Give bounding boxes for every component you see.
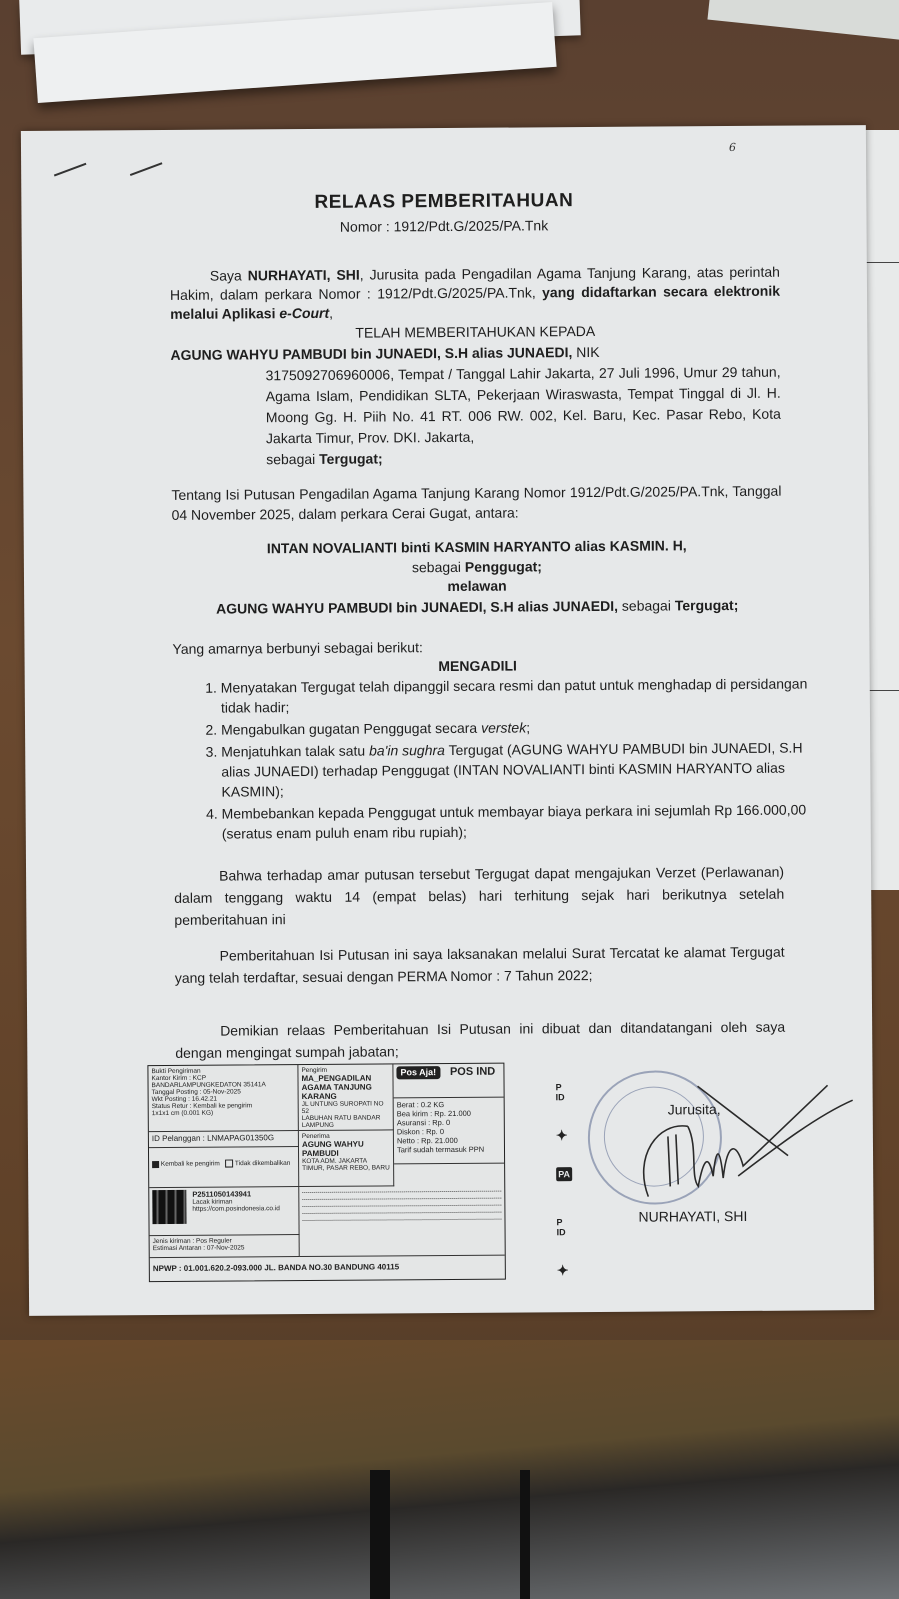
tentang-paragraph: Tentang Isi Putusan Pengadilan Agama Tan… — [171, 481, 781, 525]
receipt-npwp: NPWP : 01.001.620.2-093.000 JL. BANDA NO… — [150, 1256, 505, 1281]
receipt-barcode-block: P2511050143941 Lacak kiriman https://com… — [149, 1187, 299, 1236]
receipt-tariff: Berat : 0.2 KG Bea kirim : Rp. 21.000 As… — [394, 1098, 504, 1165]
recipient-name: AGUNG WAHYU PAMBUDI bin JUNAEDI, S.H ali… — [170, 344, 572, 363]
receipt-service-type: Jenis kiriman : Pos Reguler Estimasi Ant… — [150, 1235, 300, 1258]
pos-ind-icon: PID — [556, 1082, 565, 1102]
strap — [520, 1470, 530, 1599]
recipient-block: AGUNG WAHYU PAMBUDI bin JUNAEDI, S.H ali… — [170, 341, 781, 471]
melawan-label: melawan — [172, 575, 782, 598]
pos-aja-icon: PA — [556, 1167, 572, 1181]
postal-receipt: Bukti Pengiriman Kantor Kirim : KCP BAND… — [147, 1063, 506, 1282]
receipt-brand: Pos Aja! POS IND — [393, 1064, 503, 1099]
receipt-shipment-info: Bukti Pengiriman Kantor Kirim : KCP BAND… — [148, 1065, 298, 1132]
verdict-item: Mengabulkan gugatan Penggugat secara ver… — [221, 715, 811, 739]
checkbox-empty-icon — [225, 1160, 233, 1168]
defendant-line: AGUNG WAHYU PAMBUDI bin JUNAEDI, S.H ali… — [172, 596, 782, 619]
receipt-customer-id: ID Pelanggan : LNMAPAG01350G — [149, 1131, 299, 1148]
verdict-item: Menyatakan Tergugat telah dipanggil seca… — [221, 673, 811, 717]
case-number: Nomor : 1912/Pdt.G/2025/PA.Tnk — [22, 215, 867, 237]
pos-ind-logo: POS IND — [450, 1067, 495, 1077]
receipt-terms — [299, 1186, 504, 1257]
verzet-paragraph: Bahwa terhadap amar putusan tersebut Ter… — [174, 861, 784, 931]
pos-ind-icon: PID — [556, 1217, 565, 1237]
recipient-details: 3175092706960006, Tempat / Tanggal Lahir… — [171, 362, 782, 471]
strap — [370, 1470, 390, 1599]
pen-mark — [54, 163, 87, 177]
bird-logo-icon: ✦ — [557, 1262, 569, 1279]
background-paper — [707, 0, 899, 40]
receipt-return-options: Kembali ke pengirim Tidak dikembalikan — [149, 1147, 299, 1188]
pen-mark — [130, 162, 163, 176]
receipt-recipient: Penerima AGUNG WAHYU PAMBUDI KOTA ADM. J… — [299, 1130, 394, 1187]
bird-logo-icon: ✦ — [556, 1127, 568, 1144]
closing-paragraph: Demikian relaas Pemberitahuan Isi Putusa… — [175, 1016, 785, 1064]
document-page: 6 RELAAS PEMBERITAHUAN Nomor : 1912/Pdt.… — [21, 125, 874, 1316]
qr-code-icon — [152, 1190, 186, 1224]
page-mark: 6 — [729, 141, 736, 154]
desk-surface — [0, 1340, 899, 1599]
officer-name: NURHAYATI, SHI — [248, 267, 360, 284]
receipt-sender: Pengirim MA_PENGADILAN AGAMA TANJUNG KAR… — [298, 1064, 393, 1131]
verdict-item: Membebankan kepada Penggugat untuk memba… — [222, 799, 812, 843]
surat-paragraph: Pemberitahuan Isi Putusan ini saya laksa… — [175, 941, 785, 989]
signatory-name: NURHAYATI, SHI — [638, 1208, 747, 1225]
pos-aja-logo: Pos Aja! — [396, 1066, 440, 1079]
document-title: RELAAS PEMBERITAHUAN — [21, 188, 866, 216]
verdict-list: Menyatakan Tergugat telah dipanggil seca… — [193, 673, 812, 845]
intro-paragraph: Saya NURHAYATI, SHI, Jurusita pada Penga… — [170, 263, 780, 324]
checkbox-checked-icon — [152, 1161, 159, 1168]
signature-icon — [627, 1065, 858, 1207]
verdict-item: Menjatuhkan talak satu ba'in sughra Terg… — [221, 737, 811, 801]
